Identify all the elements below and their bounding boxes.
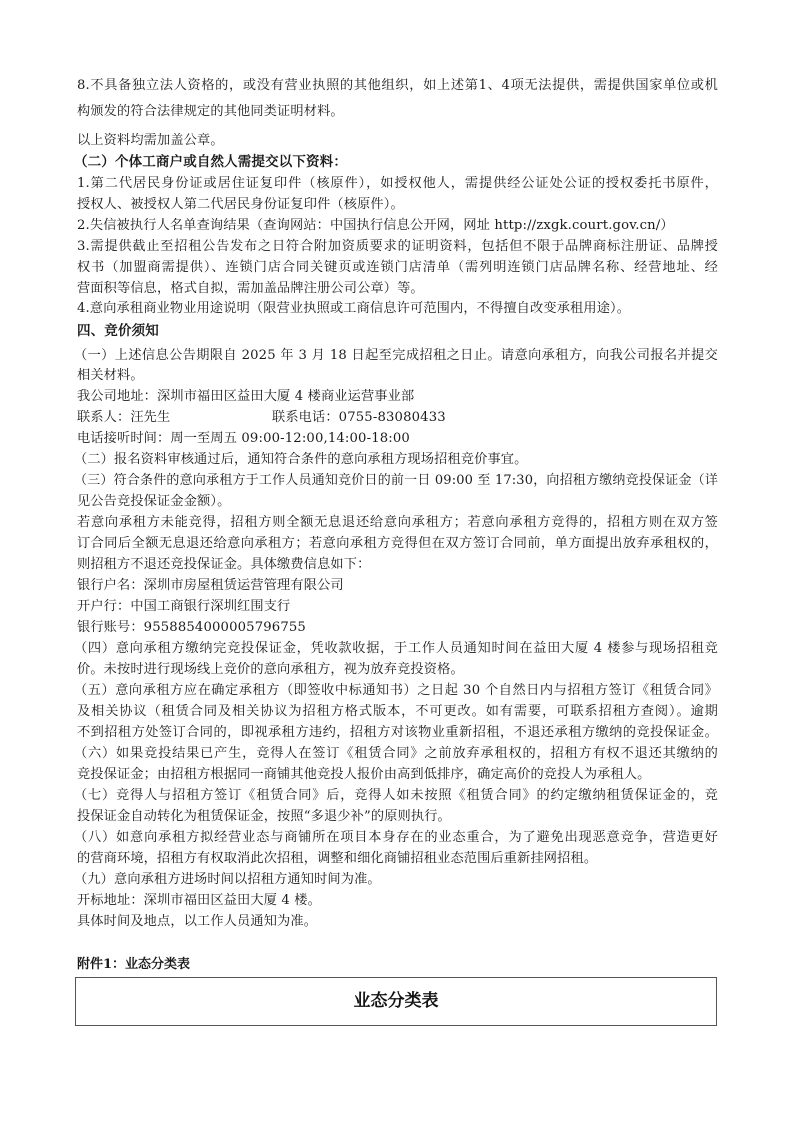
contact-row: 联系人：汪先生 联系电话：0755-83080433 (77, 409, 718, 427)
individual-item4: 4.意向承租商业物业用途说明（限营业执照或工商信息许可范围内，不得擅自改变承租用… (77, 300, 718, 318)
bank-account-name: 银行户名：深圳市房屋租赁运营管理有限公司 (77, 577, 718, 595)
bidding-p3-line2: 见公告竞投保证金金额）。 (77, 493, 718, 511)
individual-section-heading: （二）个体工商户或自然人需提交以下资料： (74, 153, 715, 171)
bank-branch: 开户行：中国工商银行深圳红围支行 (77, 598, 718, 616)
bidding-p4-line2: 价。未按时进行现场线上竞价的意向承租方，视为放弃竞投资格。 (77, 661, 718, 679)
refund-line3: 则招租方不退还竞投保证金。具体缴费信息如下： (77, 556, 718, 574)
company-address: 我公司地址：深圳市福田区益田大厦 4 楼商业运营事业部 (77, 388, 718, 406)
phone-hours: 电话接听时间：周一至周五 09:00-12:00,14:00-18:00 (77, 430, 718, 448)
bidding-section-heading: 四、竞价须知 (77, 322, 718, 340)
bidding-p1-line2: 相关材料。 (77, 367, 718, 385)
bidding-p6-line2: 竞投保证金；由招租方根据同一商铺其他竞投人报价由高到低排序，确定高价的竞投人为承… (77, 766, 718, 784)
bidding-p5-line2: 及相关协议（租赁合同及相关协议为招租方格式版本，不可更改。如有需要，可联系招租方… (77, 703, 718, 721)
individual-item3-line3: 营面积等信息，格式自拟，需加盖品牌注册公司公章）等。 (77, 280, 718, 298)
bidding-p7-line2: 投保证金自动转化为租赁保证金，按照“多退少补”的原则执行。 (77, 808, 718, 826)
bidding-p8-line1: （八）如意向承租方拟经营业态与商铺所在项目本身存在的业态重合，为了避免出现恶意竞… (74, 829, 718, 847)
contact-person: 联系人：汪先生 (77, 410, 170, 425)
individual-item3-line1: 3.需提供截止至招租公告发布之日符合附加资质要求的证明资料，包括但不限于品牌商标… (77, 238, 718, 256)
individual-item3-line2: 权书（加盟商需提供）、连锁门店合同关键页或连锁门店清单（需列明连锁门店品牌名称、… (77, 259, 718, 277)
bidding-p8-line2: 的营商环境，招租方有权取消此次招租，调整和细化商铺招租业态范围后重新挂网招租。 (77, 850, 718, 868)
item8-line1: 8.不具备独立法人资格的，或没有营业执照的其他组织，如上述第1、4项无法提供，需… (77, 77, 718, 95)
seal-note: 以上资料均需加盖公章。 (77, 132, 718, 150)
bank-account-number: 银行账号：9558854000005796755 (77, 619, 718, 637)
bidding-p6-line1: （六）如果竞投结果已产生，竞得人在签订《租赁合同》之前放弃承租权的，招租方有权不… (74, 745, 718, 763)
item8-line2: 构颁发的符合法律规定的其他同类证明材料。 (77, 103, 718, 121)
bidding-p4-line1: （四）意向承租方缴纳完竞投保证金，凭收款收据，于工作人员通知时间在益田大厦 4 … (74, 640, 718, 658)
contact-phone: 联系电话：0755-83080433 (272, 409, 446, 427)
table-title: 业态分类表 (76, 986, 716, 1011)
individual-item1-line1: 1.第二代居民身份证或居住证复印件（核原件），如授权他人，需提供经公证处公证的授… (77, 175, 718, 193)
individual-item1-line2: 授权人、被授权人第二代居民身份证复印件（核原件）。 (77, 196, 718, 214)
bidding-p7-line1: （七）竞得人与招租方签订《租赁合同》后，竞得人如未按照《租赁合同》的约定缴纳租赁… (74, 787, 718, 805)
refund-line2: 订合同后全额无息退还给意向承租方；若意向承租方竞得但在双方签订合同前，单方面提出… (77, 535, 718, 553)
final-note: 具体时间及地点，以工作人员通知为准。 (77, 913, 718, 931)
bidding-p2: （二）报名资料审核通过后，通知符合条件的意向承租方现场招租竞价事宜。 (74, 451, 715, 469)
bidding-p5-line1: （五）意向承租方应在确定承租方（即签收中标通知书）之日起 30 个自然日内与招租… (74, 682, 718, 700)
bidding-p1-line1: （一）上述信息公告期限自 2025 年 3 月 18 日起至完成招租之日止。请意… (74, 347, 718, 365)
attachment-label: 附件1：业态分类表 (77, 953, 190, 972)
bidding-p3-line1: （三）符合条件的意向承租方于工作人员通知竞价日的前一日 09:00 至 17:3… (74, 472, 718, 490)
opening-address: 开标地址：深圳市福田区益田大厦 4 楼。 (77, 892, 718, 910)
bidding-p9: （九）意向承租方进场时间以招租方通知时间为准。 (74, 871, 715, 889)
business-type-table: 业态分类表 (75, 977, 717, 1026)
bidding-p5-line3: 不到招租方处签订合同的，即视承租方违约，招租方对该物业重新招租，不退还承租方缴纳… (77, 724, 718, 742)
individual-item2: 2.失信被执行人名单查询结果（查询网站：中国执行信息公开网，网址 http://… (77, 217, 718, 235)
refund-line1: 若意向承租方未能竞得，招租方则全额无息退还给意向承租方；若意向承租方竞得的，招租… (77, 514, 718, 532)
